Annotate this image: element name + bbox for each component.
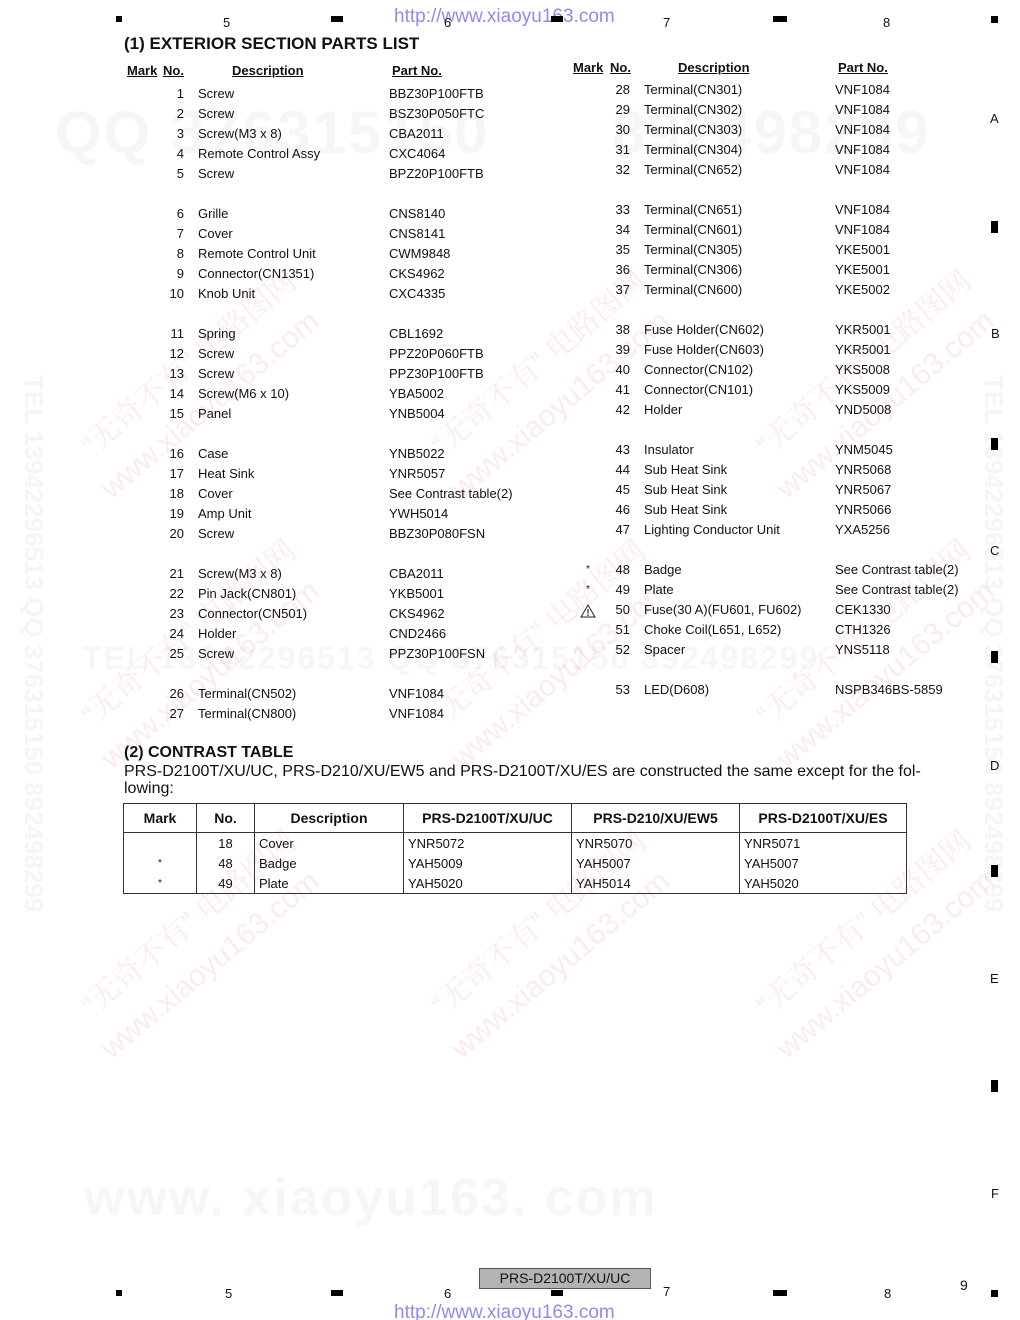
part-description: Fuse Holder(CN602) (644, 320, 764, 340)
part-description: Holder (644, 400, 682, 420)
part-number: 30 (602, 120, 630, 140)
part-code: See Contrast table(2) (835, 580, 959, 600)
part-code: See Contrast table(2) (835, 560, 959, 580)
row-model-uc: YNR5072 (404, 833, 572, 854)
part-description: Screw (198, 164, 234, 184)
part-row: 9Connector(CN1351)CKS4962 (132, 264, 532, 284)
frame-marker (991, 1080, 998, 1092)
part-code: YKE5001 (835, 240, 890, 260)
part-code: VNF1084 (835, 100, 890, 120)
part-number: 53 (602, 680, 630, 700)
part-row: 29Terminal(CN302)VNF1084 (578, 100, 978, 120)
part-description: Badge (644, 560, 682, 580)
part-description: LED(D608) (644, 680, 709, 700)
part-code: VNF1084 (835, 120, 890, 140)
part-row: 42HolderYND5008 (578, 400, 978, 420)
part-mark: * (578, 580, 598, 600)
part-description: Case (198, 444, 228, 464)
part-code: BBZ30P100FTB (389, 84, 484, 104)
part-code: CWM9848 (389, 244, 450, 264)
frame-marker (551, 16, 563, 22)
part-description: Panel (198, 404, 231, 424)
part-row: 3Screw(M3 x 8)CBA2011 (132, 124, 532, 144)
row-label: F (991, 1186, 999, 1201)
part-description: Fuse Holder(CN603) (644, 340, 764, 360)
frame-marker (991, 865, 998, 877)
part-code: CBA2011 (389, 564, 444, 584)
column-number: 6 (444, 1286, 451, 1301)
part-code: YNB5004 (389, 404, 445, 424)
row-no: 18 (197, 833, 255, 854)
frame-marker (773, 1290, 787, 1296)
part-description: Terminal(CN800) (198, 704, 296, 724)
part-description: Terminal(CN601) (644, 220, 742, 240)
part-code: YKR5001 (835, 320, 891, 340)
part-number: 21 (156, 564, 184, 584)
part-description: Screw (198, 104, 234, 124)
part-code: CBA2011 (389, 124, 444, 144)
row-model-uc: YAH5009 (404, 853, 572, 873)
part-row: 21Screw(M3 x 8)CBA2011 (132, 564, 532, 584)
part-description: Holder (198, 624, 236, 644)
part-code: PPZ30P100FSN (389, 644, 485, 664)
part-row: 41Connector(CN101)YKS5009 (578, 380, 978, 400)
part-number: 15 (156, 404, 184, 424)
part-number: 31 (602, 140, 630, 160)
header-no: No. (197, 804, 255, 833)
row-label: E (990, 971, 999, 986)
part-number: 37 (602, 280, 630, 300)
frame-marker (991, 1290, 998, 1297)
part-description: Fuse(30 A)(FU601, FU602) (644, 600, 802, 620)
row-model-es: YAH5007 (740, 853, 907, 873)
contrast-table-row: *48BadgeYAH5009YAH5007YAH5007 (124, 853, 907, 873)
part-row: 6GrilleCNS8140 (132, 204, 532, 224)
part-row: 18CoverSee Contrast table(2) (132, 484, 532, 504)
part-description: Terminal(CN302) (644, 100, 742, 120)
part-row: 1ScrewBBZ30P100FTB (132, 84, 532, 104)
part-code: BSZ30P050FTC (389, 104, 484, 124)
part-code: YNB5022 (389, 444, 445, 464)
part-description: Remote Control Unit (198, 244, 316, 264)
part-row: 28Terminal(CN301)VNF1084 (578, 80, 978, 100)
part-number: 5 (156, 164, 184, 184)
part-number: 41 (602, 380, 630, 400)
part-code: PPZ20P060FTB (389, 344, 484, 364)
part-row: 11SpringCBL1692 (132, 324, 532, 344)
part-number: 49 (602, 580, 630, 600)
row-mark: * (124, 873, 197, 894)
part-row: 30Terminal(CN303)VNF1084 (578, 120, 978, 140)
part-description: Terminal(CN303) (644, 120, 742, 140)
row-label: A (990, 111, 999, 126)
part-code: BBZ30P080FSN (389, 524, 485, 544)
part-code: CKS4962 (389, 264, 445, 284)
part-number: 19 (156, 504, 184, 524)
part-row: 40Connector(CN102)YKS5008 (578, 360, 978, 380)
part-code: CXC4064 (389, 144, 445, 164)
column-header-description: Description (232, 63, 304, 78)
part-number: 11 (156, 324, 184, 344)
part-code: YNR5067 (835, 480, 891, 500)
part-code: YNM5045 (835, 440, 893, 460)
part-row: 20ScrewBBZ30P080FSN (132, 524, 532, 544)
part-number: 1 (156, 84, 184, 104)
row-label: D (990, 758, 999, 773)
part-number: 43 (602, 440, 630, 460)
part-number: 7 (156, 224, 184, 244)
frame-marker (991, 221, 998, 233)
part-row: 32Terminal(CN652)VNF1084 (578, 160, 978, 180)
column-number: 5 (225, 1286, 232, 1301)
part-description: Spacer (644, 640, 685, 660)
part-row: 10Knob UnitCXC4335 (132, 284, 532, 304)
part-code: YNR5057 (389, 464, 445, 484)
watermark-vertical-right: TEL 13942296513 QQ 376315150 892498299 (978, 375, 1009, 912)
watermark-big-url: www. xiaoyu163. com (84, 1168, 658, 1228)
part-row: 27Terminal(CN800)VNF1084 (132, 704, 532, 724)
part-number: 20 (156, 524, 184, 544)
part-code: CNS8141 (389, 224, 445, 244)
part-description: Screw(M6 x 10) (198, 384, 289, 404)
watermark-vertical-left: TEL 13942296513 QQ 376315150 892498299 (18, 375, 49, 912)
part-number: 29 (602, 100, 630, 120)
part-row: 35Terminal(CN305)YKE5001 (578, 240, 978, 260)
part-number: 26 (156, 684, 184, 704)
part-number: 2 (156, 104, 184, 124)
column-number: 8 (883, 15, 890, 30)
intro-line-2: lowing: (124, 780, 974, 797)
column-number: 6 (444, 15, 451, 30)
part-description: Remote Control Assy (198, 144, 320, 164)
part-description: Connector(CN102) (644, 360, 753, 380)
part-code: VNF1084 (835, 220, 890, 240)
part-number: 50 (602, 600, 630, 620)
part-code: CTH1326 (835, 620, 891, 640)
part-number: 4 (156, 144, 184, 164)
part-description: Spring (198, 324, 236, 344)
part-number: 9 (156, 264, 184, 284)
frame-marker (991, 16, 998, 23)
part-code: YKE5002 (835, 280, 890, 300)
part-row: 53LED(D608)NSPB346BS-5859 (578, 680, 978, 700)
part-description: Grille (198, 204, 228, 224)
part-row: *49PlateSee Contrast table(2) (578, 580, 978, 600)
contrast-intro-text: PRS-D2100T/XU/UC, PRS-D210/XU/EW5 and PR… (124, 763, 974, 797)
part-row: 36Terminal(CN306)YKE5001 (578, 260, 978, 280)
part-number: 18 (156, 484, 184, 504)
part-row: 22Pin Jack(CN801)YKB5001 (132, 584, 532, 604)
part-row: 47Lighting Conductor UnitYXA5256 (578, 520, 978, 540)
watermark-bottom-url: http://www.xiaoyu163.com (394, 1302, 615, 1320)
part-number: 36 (602, 260, 630, 280)
part-code: YXA5256 (835, 520, 890, 540)
part-description: Terminal(CN651) (644, 200, 742, 220)
row-model-es: YAH5020 (740, 873, 907, 894)
contrast-table: Mark No. Description PRS-D2100T/XU/UC PR… (123, 803, 907, 894)
header-mark: Mark (124, 804, 197, 833)
part-description: Terminal(CN301) (644, 80, 742, 100)
part-row: 12ScrewPPZ20P060FTB (132, 344, 532, 364)
column-number: 8 (884, 1286, 891, 1301)
part-code: CKS4962 (389, 604, 445, 624)
part-row: 50Fuse(30 A)(FU601, FU602)CEK1330 (578, 600, 978, 620)
part-code: YKE5001 (835, 260, 890, 280)
part-code: VNF1084 (835, 200, 890, 220)
contrast-table-header: Mark No. Description PRS-D2100T/XU/UC PR… (124, 804, 907, 833)
row-label: C (990, 543, 999, 558)
part-description: Terminal(CN304) (644, 140, 742, 160)
footer-model-label: PRS-D2100T/XU/UC (479, 1268, 651, 1289)
part-number: 24 (156, 624, 184, 644)
part-row: 5ScrewBPZ20P100FTB (132, 164, 532, 184)
part-row: 31Terminal(CN304)VNF1084 (578, 140, 978, 160)
part-description: Sub Heat Sink (644, 500, 727, 520)
part-number: 48 (602, 560, 630, 580)
part-description: Screw (198, 524, 234, 544)
part-code: VNF1084 (835, 160, 890, 180)
row-description: Cover (255, 833, 404, 854)
part-row: 34Terminal(CN601)VNF1084 (578, 220, 978, 240)
header-model-ew5: PRS-D210/XU/EW5 (572, 804, 740, 833)
row-model-ew5: YNR5070 (572, 833, 740, 854)
part-number: 38 (602, 320, 630, 340)
column-header-part-no: Part No. (392, 63, 442, 78)
section-title-contrast-table: (2) CONTRAST TABLE (124, 744, 293, 762)
watermark-top-url: http://www.xiaoyu163.com (394, 6, 615, 28)
column-header-mark: Mark (127, 63, 157, 78)
part-row: 19Amp UnitYWH5014 (132, 504, 532, 524)
part-description: Terminal(CN502) (198, 684, 296, 704)
part-number: 42 (602, 400, 630, 420)
part-number: 45 (602, 480, 630, 500)
frame-marker (991, 651, 998, 663)
column-number: 7 (663, 15, 670, 30)
part-row: 37Terminal(CN600)YKE5002 (578, 280, 978, 300)
part-number: 34 (602, 220, 630, 240)
part-number: 33 (602, 200, 630, 220)
part-description: Sub Heat Sink (644, 460, 727, 480)
part-number: 44 (602, 460, 630, 480)
column-header-mark: Mark (573, 60, 603, 75)
part-description: Connector(CN101) (644, 380, 753, 400)
part-row: *48BadgeSee Contrast table(2) (578, 560, 978, 580)
part-number: 40 (602, 360, 630, 380)
part-code: VNF1084 (389, 704, 444, 724)
column-header-part-no: Part No. (838, 60, 888, 75)
column-number: 5 (223, 15, 230, 30)
part-description: Screw (198, 344, 234, 364)
part-description: Screw (198, 84, 234, 104)
row-label: B (991, 326, 1000, 341)
part-row: 2ScrewBSZ30P050FTC (132, 104, 532, 124)
frame-marker (773, 16, 787, 22)
part-row: 23Connector(CN501)CKS4962 (132, 604, 532, 624)
part-code: BPZ20P100FTB (389, 164, 484, 184)
part-row: 15PanelYNB5004 (132, 404, 532, 424)
frame-marker (331, 16, 343, 22)
part-description: Plate (644, 580, 674, 600)
column-header-description: Description (678, 60, 750, 75)
part-number: 10 (156, 284, 184, 304)
part-number: 35 (602, 240, 630, 260)
frame-marker (116, 16, 122, 22)
part-number: 12 (156, 344, 184, 364)
part-row: 16CaseYNB5022 (132, 444, 532, 464)
warning-triangle-icon (578, 600, 598, 620)
part-row: 33Terminal(CN651)VNF1084 (578, 200, 978, 220)
part-mark: * (578, 560, 598, 580)
part-description: Terminal(CN305) (644, 240, 742, 260)
part-code: VNF1084 (835, 140, 890, 160)
part-row: 7CoverCNS8141 (132, 224, 532, 244)
part-code: VNF1084 (389, 684, 444, 704)
part-number: 28 (602, 80, 630, 100)
row-model-ew5: YAH5007 (572, 853, 740, 873)
part-number: 27 (156, 704, 184, 724)
part-code: CXC4335 (389, 284, 445, 304)
part-description: Heat Sink (198, 464, 254, 484)
frame-marker (331, 1290, 343, 1296)
part-code: YNR5066 (835, 500, 891, 520)
part-code: YKS5008 (835, 360, 890, 380)
part-number: 17 (156, 464, 184, 484)
part-description: Screw(M3 x 8) (198, 564, 282, 584)
part-row: 4Remote Control AssyCXC4064 (132, 144, 532, 164)
row-no: 49 (197, 873, 255, 894)
part-row: 52SpacerYNS5118 (578, 640, 978, 660)
part-description: Connector(CN501) (198, 604, 307, 624)
part-description: Screw (198, 644, 234, 664)
part-code: YKB5001 (389, 584, 444, 604)
part-row: 51Choke Coil(L651, L652)CTH1326 (578, 620, 978, 640)
row-model-uc: YAH5020 (404, 873, 572, 894)
header-model-uc: PRS-D2100T/XU/UC (404, 804, 572, 833)
part-row: 45Sub Heat SinkYNR5067 (578, 480, 978, 500)
part-description: Knob Unit (198, 284, 255, 304)
part-number: 32 (602, 160, 630, 180)
part-code: YKS5009 (835, 380, 890, 400)
row-mark (124, 833, 197, 854)
row-model-ew5: YAH5014 (572, 873, 740, 894)
section-title-exterior-parts: (1) EXTERIOR SECTION PARTS LIST (124, 34, 419, 54)
frame-marker (116, 1290, 122, 1296)
part-code: PPZ30P100FTB (389, 364, 484, 384)
part-row: 14Screw(M6 x 10)YBA5002 (132, 384, 532, 404)
part-row: 43InsulatorYNM5045 (578, 440, 978, 460)
part-number: 6 (156, 204, 184, 224)
part-code: See Contrast table(2) (389, 484, 513, 504)
intro-line-1: PRS-D2100T/XU/UC, PRS-D210/XU/EW5 and PR… (124, 763, 974, 780)
row-description: Badge (255, 853, 404, 873)
part-code: VNF1084 (835, 80, 890, 100)
part-row: 13ScrewPPZ30P100FTB (132, 364, 532, 384)
column-number: 7 (663, 1284, 670, 1299)
part-code: YND5008 (835, 400, 891, 420)
part-number: 46 (602, 500, 630, 520)
part-row: 24HolderCND2466 (132, 624, 532, 644)
row-no: 48 (197, 853, 255, 873)
part-code: YBA5002 (389, 384, 444, 404)
part-number: 52 (602, 640, 630, 660)
part-number: 51 (602, 620, 630, 640)
part-number: 22 (156, 584, 184, 604)
part-description: Insulator (644, 440, 694, 460)
part-description: Choke Coil(L651, L652) (644, 620, 781, 640)
part-code: CNS8140 (389, 204, 445, 224)
part-description: Cover (198, 224, 233, 244)
part-row: 25ScrewPPZ30P100FSN (132, 644, 532, 664)
contrast-table-row: 18CoverYNR5072YNR5070YNR5071 (124, 833, 907, 854)
part-description: Sub Heat Sink (644, 480, 727, 500)
column-header-no: No. (610, 60, 631, 75)
part-description: Cover (198, 484, 233, 504)
contrast-table-row: *49PlateYAH5020YAH5014YAH5020 (124, 873, 907, 894)
part-row: 17Heat SinkYNR5057 (132, 464, 532, 484)
part-description: Terminal(CN652) (644, 160, 742, 180)
page-number: 9 (960, 1277, 968, 1293)
part-row: 38Fuse Holder(CN602)YKR5001 (578, 320, 978, 340)
part-row: 39Fuse Holder(CN603)YKR5001 (578, 340, 978, 360)
part-number: 3 (156, 124, 184, 144)
part-code: CND2466 (389, 624, 446, 644)
part-description: Pin Jack(CN801) (198, 584, 296, 604)
part-description: Terminal(CN306) (644, 260, 742, 280)
part-number: 25 (156, 644, 184, 664)
row-model-es: YNR5071 (740, 833, 907, 854)
part-number: 14 (156, 384, 184, 404)
part-number: 8 (156, 244, 184, 264)
part-code: YKR5001 (835, 340, 891, 360)
part-number: 39 (602, 340, 630, 360)
part-description: Screw (198, 364, 234, 384)
frame-marker (551, 1290, 563, 1296)
part-row: 8Remote Control UnitCWM9848 (132, 244, 532, 264)
part-number: 13 (156, 364, 184, 384)
part-description: Lighting Conductor Unit (644, 520, 780, 540)
part-code: CBL1692 (389, 324, 443, 344)
part-number: 16 (156, 444, 184, 464)
column-header-no: No. (163, 63, 184, 78)
part-description: Amp Unit (198, 504, 251, 524)
part-description: Connector(CN1351) (198, 264, 314, 284)
part-description: Screw(M3 x 8) (198, 124, 282, 144)
header-description: Description (255, 804, 404, 833)
frame-marker (991, 438, 998, 450)
part-code: NSPB346BS-5859 (835, 680, 943, 700)
row-mark: * (124, 853, 197, 873)
part-row: 44Sub Heat SinkYNR5068 (578, 460, 978, 480)
part-code: YNR5068 (835, 460, 891, 480)
part-code: CEK1330 (835, 600, 891, 620)
part-row: 46Sub Heat SinkYNR5066 (578, 500, 978, 520)
header-model-es: PRS-D2100T/XU/ES (740, 804, 907, 833)
part-code: YWH5014 (389, 504, 448, 524)
part-number: 47 (602, 520, 630, 540)
part-description: Terminal(CN600) (644, 280, 742, 300)
part-number: 23 (156, 604, 184, 624)
part-row: 26Terminal(CN502)VNF1084 (132, 684, 532, 704)
part-code: YNS5118 (835, 640, 890, 660)
row-description: Plate (255, 873, 404, 894)
